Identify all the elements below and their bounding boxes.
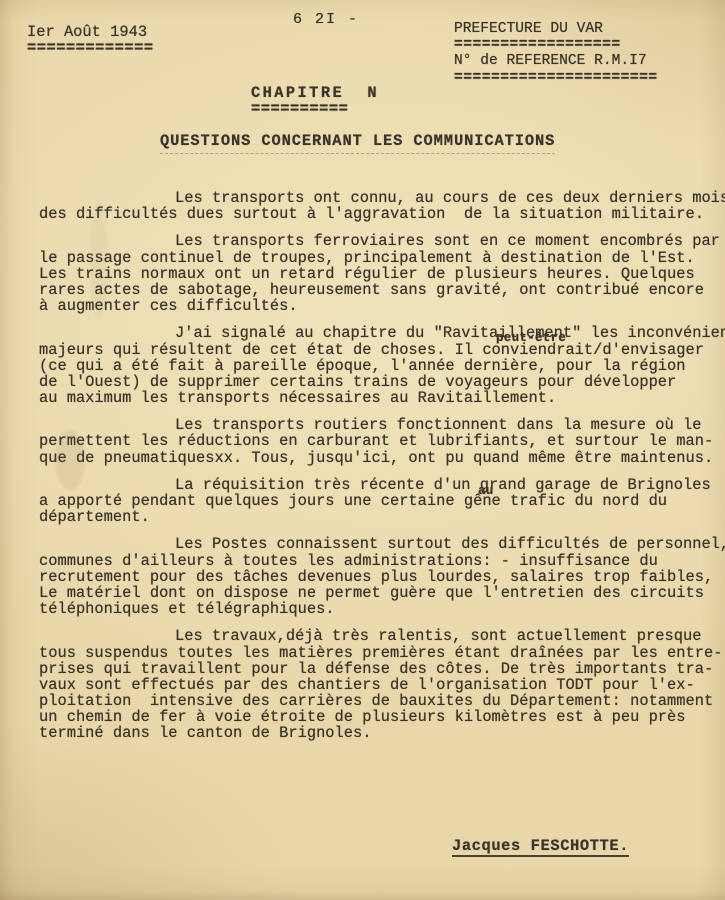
text-line: Les transports routiers fonctionnent dan… <box>39 417 715 433</box>
date-block: Ier Août 1943============= <box>27 24 154 56</box>
date-underline: ============= <box>27 39 154 57</box>
text-line: ploitation intensive des carrières de ba… <box>39 693 715 709</box>
office-underline: ================== <box>454 37 621 53</box>
text-line: un chemin de fer à voie étroite de plusi… <box>39 709 715 725</box>
text-line: rares actes de sabotage, heureusement sa… <box>39 282 715 298</box>
office-block: PREFECTURE DU VAR==================N° de… <box>454 21 658 86</box>
text-line: de l'Ouest) de supprimer certains trains… <box>39 374 715 390</box>
text-line: J'ai signalé au chapitre du "Ravitaillem… <box>39 325 715 341</box>
text-line: que de pneumatiquesxx. Tous, jusqu'ici, … <box>39 450 715 466</box>
chapter-underline: ========== <box>251 100 348 118</box>
text-line: Les travaux,déjà très ralentis, sont act… <box>39 628 715 644</box>
text-line: a apporté pendant quelques jours une cer… <box>39 493 715 509</box>
text-line: recrutement pour des tâches devenues plu… <box>39 569 715 585</box>
paragraph: Les transports ferroviaires sont en ce m… <box>39 233 715 314</box>
paragraph: Les transports routiers fonctionnent dan… <box>39 417 715 466</box>
text-line: La réquisition très récente d'un grand g… <box>39 477 715 493</box>
body-text: Les transports ont connu, au cours de ce… <box>39 190 715 753</box>
text-line: prises qui travaillent pour la défense d… <box>39 661 715 677</box>
document-title: QUESTIONS CONCERNANT LES COMMUNICATIONS <box>160 133 555 154</box>
paper-smudge <box>55 430 85 490</box>
text-line: (ce qui a été fait à pareille époque, l'… <box>39 358 715 374</box>
document-page: 6 2I - Ier Août 1943============= PREFEC… <box>0 0 725 900</box>
text-line: communes d'ailleurs à toutes les adminis… <box>39 553 715 569</box>
text-line: terminé dans le canton de Brignoles. <box>39 725 715 741</box>
text-line: département. <box>39 509 715 525</box>
paragraph: La réquisition très récente d'un grand g… <box>39 477 715 526</box>
typed-insertion-au: au <box>478 484 494 498</box>
text-line: à augmenter ces difficultés. <box>39 298 715 314</box>
typed-insertion-peut-etre: peut-être <box>496 331 566 345</box>
text-line: Le matériel dont on dispose ne permet gu… <box>39 585 715 601</box>
text-line: majeurs qui résultent de cet état de cho… <box>39 342 715 358</box>
text-line: Les transports ferroviaires sont en ce m… <box>39 233 715 249</box>
office-name: PREFECTURE DU VAR <box>454 21 603 37</box>
reference-number: N° de REFERENCE R.M.I7 <box>454 53 647 69</box>
paragraph: Les travaux,déjà très ralentis, sont act… <box>39 628 715 741</box>
text-line: Les Postes connaissent surtout des diffi… <box>39 536 715 552</box>
paragraph: Les transports ont connu, au cours de ce… <box>39 190 715 222</box>
text-line: tous suspendus toutes les matières premi… <box>39 645 715 661</box>
signature: Jacques FESCHOTTE. <box>452 838 629 857</box>
paper-smudge <box>90 200 108 320</box>
text-line: permettent les réductions en carburant e… <box>39 433 715 449</box>
paragraph: J'ai signalé au chapitre du "Ravitaillem… <box>39 325 715 406</box>
text-line: Les transports ont connu, au cours de ce… <box>39 190 715 206</box>
text-line: vaux sont effectués par des chantiers de… <box>39 677 715 693</box>
text-line: le passage continuel de troupes, princip… <box>39 250 715 266</box>
reference-underline: ====================== <box>454 70 658 86</box>
page-number: 6 2I - <box>293 12 359 28</box>
paragraph: Les Postes connaissent surtout des diffi… <box>39 536 715 617</box>
text-line: téléphoniques et télégraphiques. <box>39 601 715 617</box>
text-line: des difficultés dues surtout à l'aggrava… <box>39 206 715 222</box>
chapter-heading: CHAPITRE N========== <box>251 85 379 117</box>
text-line: Les trains normaux ont un retard régulie… <box>39 266 715 282</box>
text-line: au maximum les transports nécessaires au… <box>39 390 715 406</box>
